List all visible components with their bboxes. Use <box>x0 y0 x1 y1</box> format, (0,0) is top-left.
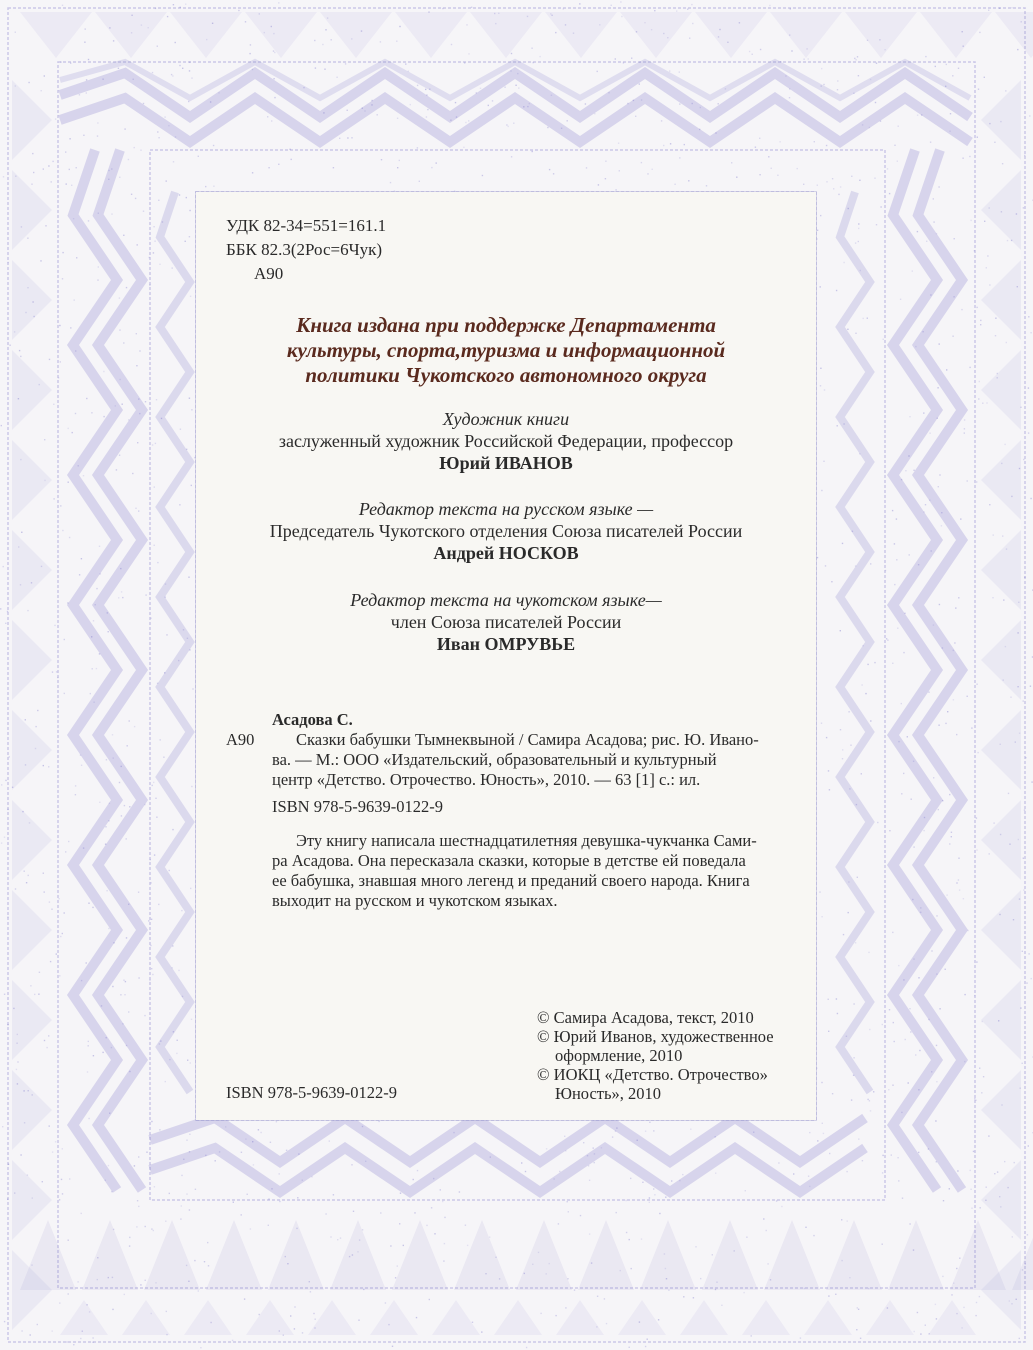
abstract-line: ра Асадова. Она пересказала сказки, кото… <box>272 851 792 871</box>
udk-code: УДК 82-34=551=161.1 <box>226 214 386 238</box>
credit-description: член Союза писателей России <box>196 611 816 633</box>
catalog-line: центр «Детство. Отрочество. Юность», 201… <box>272 770 792 790</box>
credit-name: Юрий ИВАНОВ <box>196 452 816 474</box>
catalog-isbn: ISBN 978-5-9639-0122-9 <box>272 797 443 817</box>
credit-role: Редактор текста на чукотском языке— <box>196 589 816 611</box>
abstract-line: Эту книгу написала шестнадцатилетняя дев… <box>272 831 792 851</box>
credit-illustrator: Художник книги заслуженный художник Росс… <box>196 408 816 474</box>
credit-role: Редактор текста на русском языке — <box>196 498 816 520</box>
copyright-line: оформление, 2010 <box>537 1046 774 1065</box>
credit-chukchi-editor: Редактор текста на чукотском языке— член… <box>196 589 816 655</box>
credit-role: Художник книги <box>196 408 816 430</box>
classification-block: УДК 82-34=551=161.1 ББК 82.3(2Рос=6Чук) … <box>226 214 386 286</box>
credit-description: заслуженный художник Российской Федераци… <box>196 430 816 452</box>
credit-russian-editor: Редактор текста на русском языке — Предс… <box>196 498 816 564</box>
footer-isbn: ISBN 978-5-9639-0122-9 <box>226 1083 397 1103</box>
author-mark: А90 <box>226 262 386 286</box>
sponsor-line: Книга издана при поддержке Департамента <box>196 313 816 338</box>
abstract-line: ее бабушка, знавшая много легенд и преда… <box>272 871 792 891</box>
catalog-line: Сказки бабушки Тымнеквыной / Самира Асад… <box>272 730 792 750</box>
copyright-block: © Самира Асадова, текст, 2010 © Юрий Ива… <box>537 1008 774 1103</box>
catalog-author: Асадова С. <box>226 710 792 730</box>
catalog-code: А90 <box>226 730 272 790</box>
copyright-line: © Юрий Иванов, художественное <box>537 1027 774 1046</box>
catalog-description: Сказки бабушки Тымнеквыной / Самира Асад… <box>272 730 792 790</box>
credit-name: Андрей НОСКОВ <box>196 542 816 564</box>
sponsor-statement: Книга издана при поддержке Департамента … <box>196 313 816 388</box>
bbk-code: ББК 82.3(2Рос=6Чук) <box>226 238 386 262</box>
catalog-line: ва. — М.: ООО «Издательский, образовател… <box>272 750 792 770</box>
book-abstract: Эту книгу написала шестнадцатилетняя дев… <box>272 831 792 911</box>
catalog-record: Асадова С. А90 Сказки бабушки Тымнеквыно… <box>226 710 792 790</box>
sponsor-line: политики Чукотского автономного округа <box>196 363 816 388</box>
abstract-line: выходит на русском и чукотском языках. <box>272 891 792 911</box>
copyright-line: © ИОКЦ «Детство. Отрочество» <box>537 1065 774 1084</box>
credit-description: Председатель Чукотского отделения Союза … <box>196 520 816 542</box>
credit-name: Иван ОМРУВЬЕ <box>196 633 816 655</box>
copyright-line: © Самира Асадова, текст, 2010 <box>537 1008 774 1027</box>
copyright-line: Юность», 2010 <box>537 1084 774 1103</box>
sponsor-line: культуры, спорта,туризма и информационно… <box>196 338 816 363</box>
